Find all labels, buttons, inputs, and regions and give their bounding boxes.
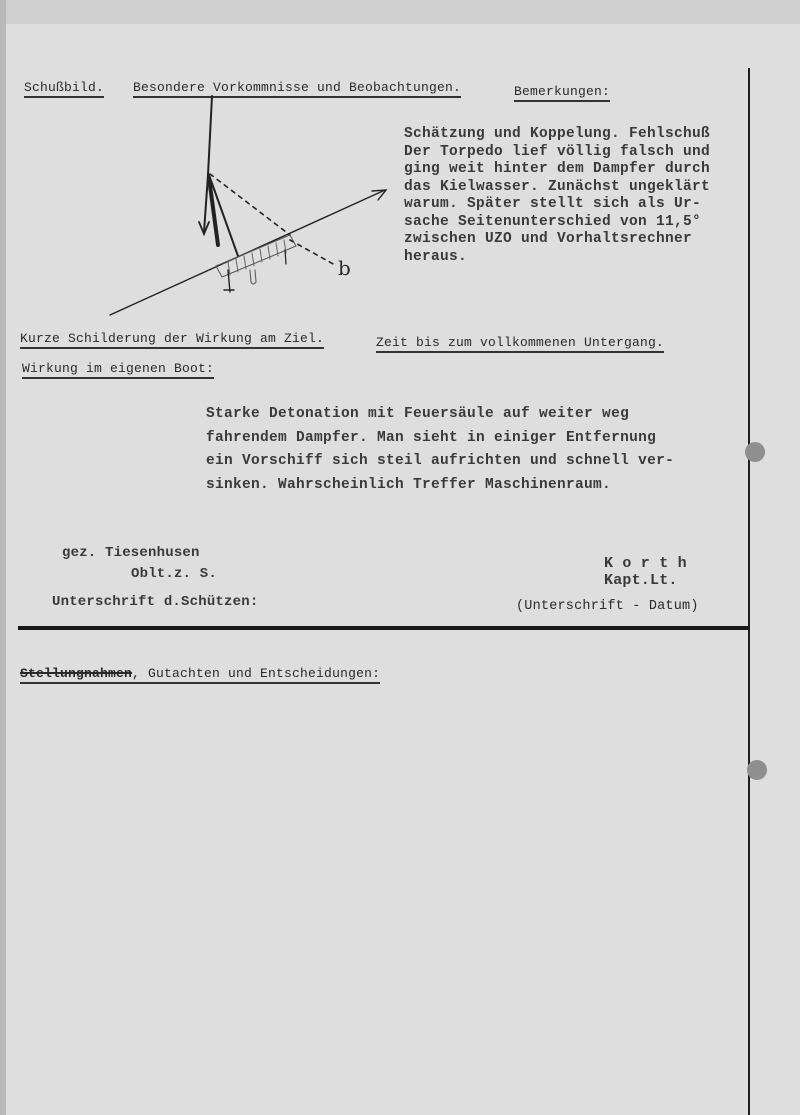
diagram-label: b	[338, 256, 351, 280]
effect-line: ein Vorschiff sich steil aufrichten und …	[206, 450, 674, 474]
commander-signature-label: (Unterschrift - Datum)	[516, 599, 699, 614]
remarks-line: Schätzung und Koppelung. Fehlschuß	[404, 126, 710, 144]
struck-word: Stellungnahmen	[20, 666, 132, 681]
heading-gutachten: , Gutachten und Entscheidungen:	[132, 666, 380, 681]
effect-line: sinken. Wahrscheinlich Treffer Maschinen…	[206, 474, 674, 498]
heading-zeit-untergang: Zeit bis zum vollkommenen Untergang.	[376, 335, 664, 353]
gunner-signature-label: Unterschrift d.Schützen:	[52, 594, 258, 610]
commander-name: K o r t h	[604, 555, 687, 572]
section-divider	[18, 626, 748, 630]
remarks-block: Schätzung und Koppelung. Fehlschuß Der T…	[404, 126, 710, 266]
remarks-line: sache Seitenunterschied von 11,5°	[404, 214, 710, 232]
heading-wirkung-boot: Wirkung im eigenen Boot:	[22, 361, 214, 379]
gunner-rank: Oblt.z. S.	[131, 566, 217, 582]
effect-block: Starke Detonation mit Feuersäule auf wei…	[206, 403, 674, 497]
remarks-line: warum. Später stellt sich als Ur-	[404, 196, 710, 214]
remarks-line: heraus.	[404, 249, 710, 267]
gunner-name: gez. Tiesenhusen	[62, 545, 200, 561]
remarks-line: das Kielwasser. Zunächst ungeklärt	[404, 179, 710, 197]
effect-line: Starke Detonation mit Feuersäule auf wei…	[206, 403, 674, 427]
effect-line: fahrendem Dampfer. Man sieht in einiger …	[206, 427, 674, 451]
remarks-line: zwischen UZO und Vorhaltsrechner	[404, 231, 710, 249]
heading-wirkung-ziel: Kurze Schilderung der Wirkung am Ziel.	[20, 331, 324, 349]
commander-rank: Kapt.Lt.	[604, 572, 678, 589]
heading-stellungnahmen: Stellungnahmen, Gutachten und Entscheidu…	[20, 666, 380, 684]
remarks-line: Der Torpedo lief völlig falsch und	[404, 144, 710, 162]
remarks-line: ging weit hinter dem Dampfer durch	[404, 161, 710, 179]
